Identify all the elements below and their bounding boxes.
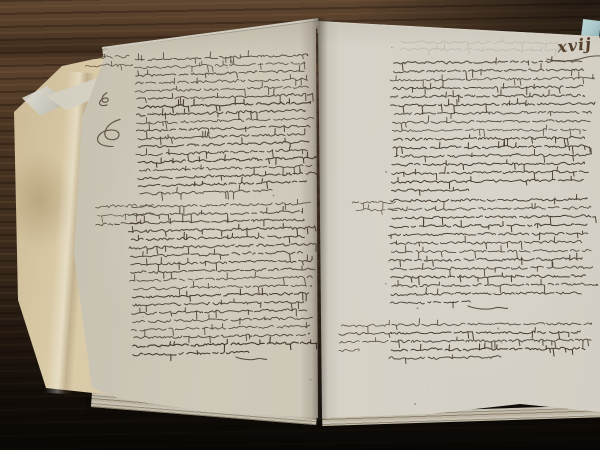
- book-gutter-fold: [300, 18, 340, 420]
